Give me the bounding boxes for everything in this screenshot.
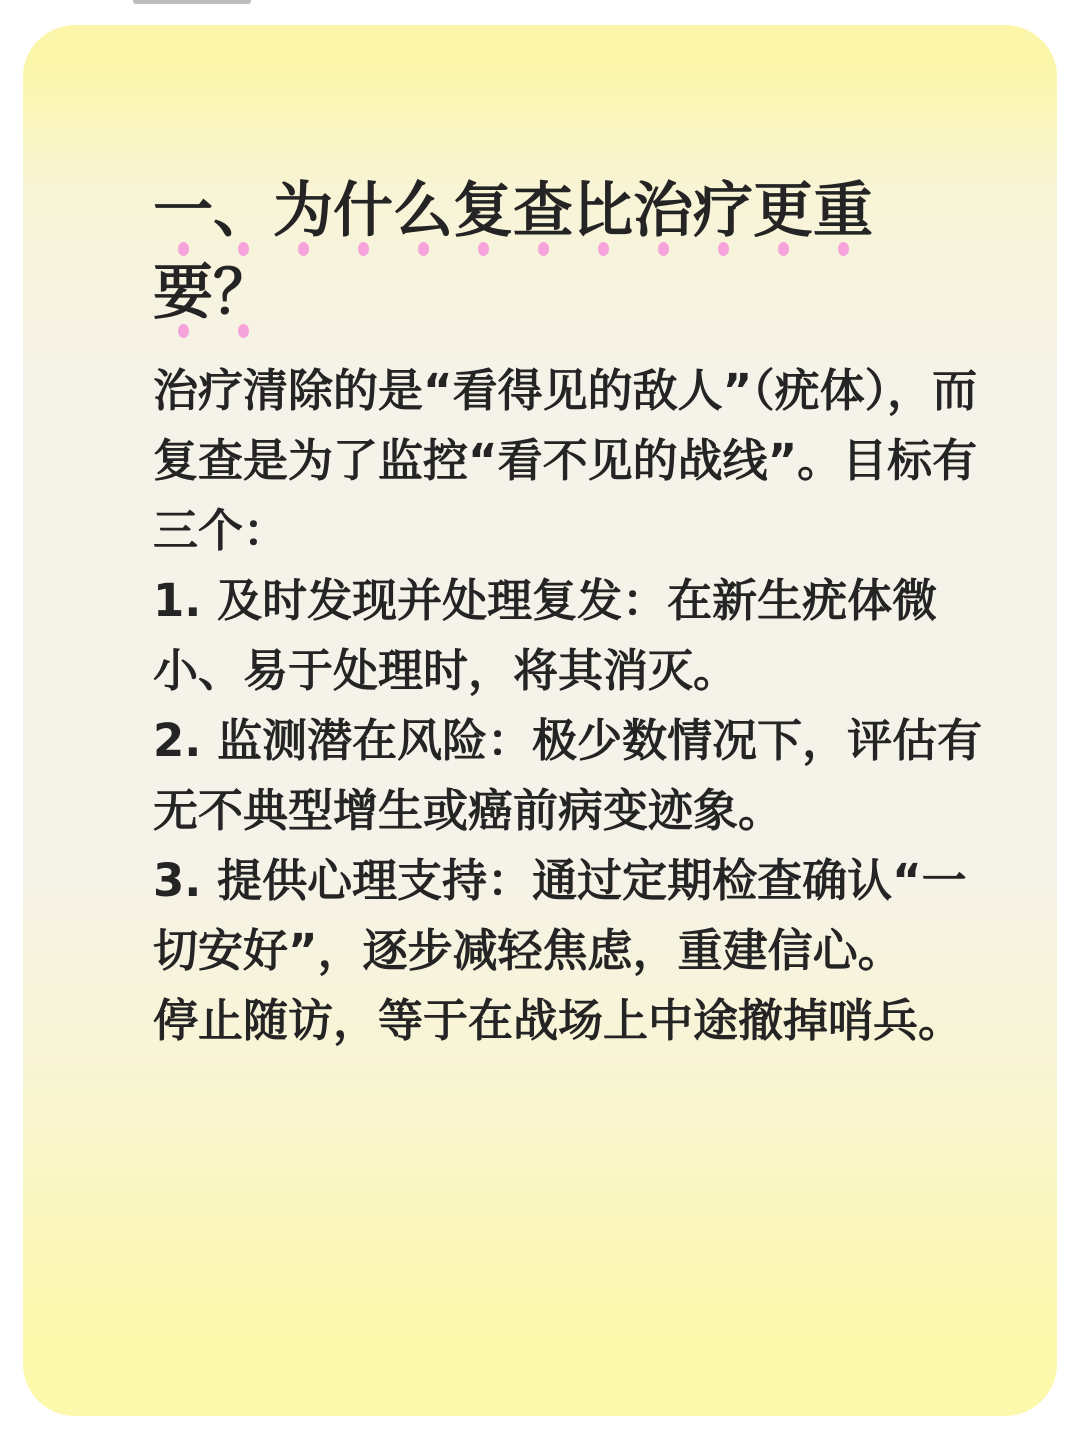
top-edge-artifact — [133, 0, 251, 4]
title-char: 么 — [393, 170, 453, 252]
title-char: 、 — [213, 170, 273, 252]
title-line: 一、为什么复查比治疗更重 — [153, 170, 947, 252]
body-line: 小、易于处理时，将其消灭。 — [153, 636, 947, 706]
page-title: 一、为什么复查比治疗更重要？ — [153, 170, 947, 334]
body-line: 复查是为了监控“看不见的战线”。目标有 — [153, 426, 947, 496]
body-line: 三个： — [153, 496, 947, 566]
title-char: ？ — [213, 252, 273, 334]
body-line: 治疗清除的是“看得见的敌人”（疣体），而 — [153, 356, 947, 426]
title-line: 要？ — [153, 252, 947, 334]
title-char: 为 — [273, 170, 333, 252]
body-line: 切安好”，逐步减轻焦虑，重建信心。 — [153, 916, 947, 986]
title-char: 更 — [753, 170, 813, 252]
title-char: 查 — [513, 170, 573, 252]
title-char: 疗 — [693, 170, 753, 252]
body-line: 停止随访，等于在战场上中途撤掉哨兵。 — [153, 986, 947, 1056]
body-text: 治疗清除的是“看得见的敌人”（疣体），而复查是为了监控“看不见的战线”。目标有三… — [153, 356, 947, 1056]
body-line: 2. 监测潜在风险：极少数情况下，评估有 — [153, 706, 947, 776]
title-char: 治 — [633, 170, 693, 252]
title-char: 比 — [573, 170, 633, 252]
title-char: 重 — [813, 170, 873, 252]
body-line: 1. 及时发现并处理复发：在新生疣体微 — [153, 566, 947, 636]
content-card: 一、为什么复查比治疗更重要？ 治疗清除的是“看得见的敌人”（疣体），而复查是为了… — [23, 25, 1057, 1416]
title-char: 要 — [153, 252, 213, 334]
title-char: 复 — [453, 170, 513, 252]
body-line: 无不典型增生或癌前病变迹象。 — [153, 776, 947, 846]
title-char: 一 — [153, 170, 213, 252]
title-char: 什 — [333, 170, 393, 252]
body-line: 3. 提供心理支持：通过定期检查确认“一 — [153, 846, 947, 916]
